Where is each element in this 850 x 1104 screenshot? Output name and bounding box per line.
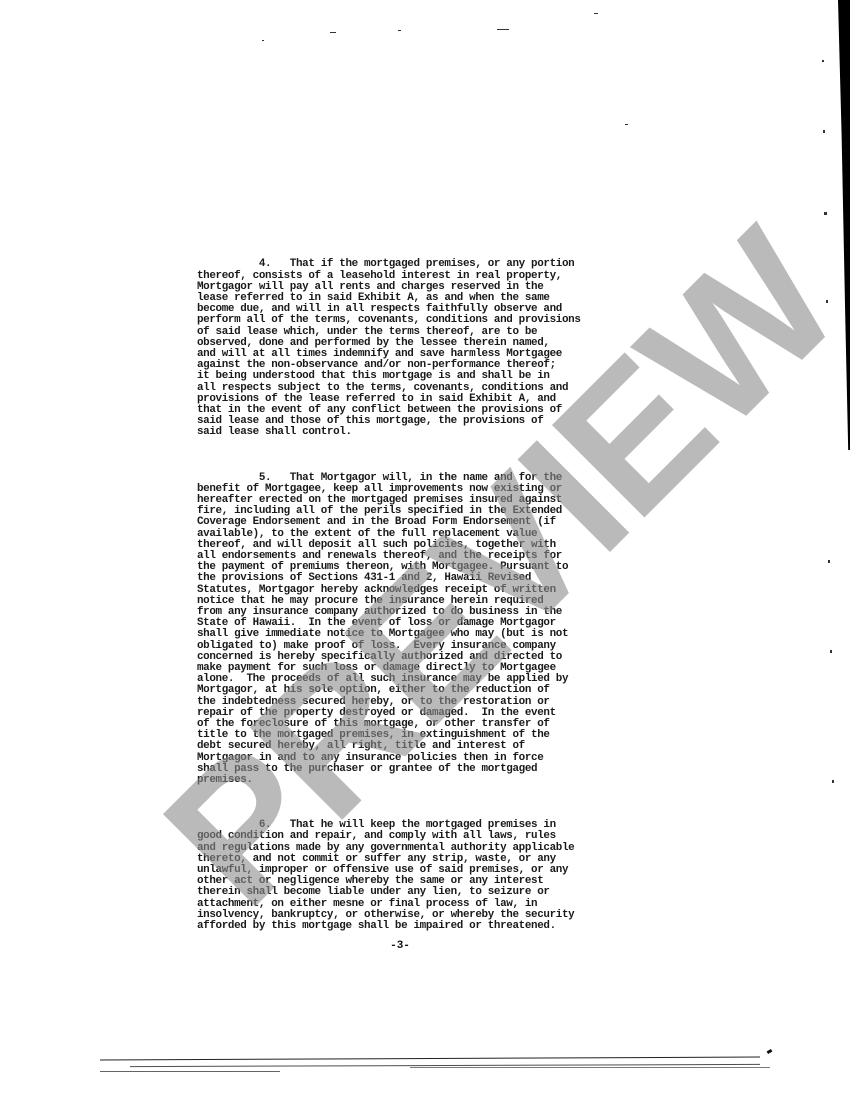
scan-speck — [497, 29, 509, 30]
scan-speck — [828, 560, 830, 563]
scan-speck — [823, 130, 825, 133]
text-line: shall pass to the purchaser or grantee o… — [197, 764, 627, 775]
text-line: the provisions of Sections 431-1 and 2, … — [197, 573, 627, 584]
text-line: debt secured hereby, all right, title an… — [197, 741, 627, 752]
scan-speck — [832, 780, 834, 783]
paragraph-5: 5. That Mortgagor will, in the name and … — [197, 473, 627, 787]
scan-speck — [830, 650, 832, 653]
text-line: Coverage Endorsement and in the Broad Fo… — [197, 517, 627, 528]
text-line: therein shall become liable under any li… — [197, 887, 627, 898]
text-line: Mortgagor, at his sole option, either to… — [197, 685, 627, 696]
text-line: it being understood that this mortgage i… — [197, 371, 627, 382]
scan-edge-border — [838, 0, 850, 450]
paragraph-4: 4. That if the mortgaged premises, or an… — [197, 259, 627, 438]
text-line: said lease shall control. — [197, 427, 627, 438]
document-body: 4. That if the mortgaged premises, or an… — [197, 237, 627, 966]
document-page: 4. That if the mortgaged premises, or an… — [0, 0, 850, 1104]
footer-rule — [100, 1071, 280, 1072]
scan-speck — [594, 13, 598, 14]
scan-speck — [262, 40, 264, 41]
page-number: -3- — [0, 940, 800, 952]
text-line: afforded by this mortgage shall be impai… — [197, 921, 627, 932]
scan-speck — [625, 124, 628, 125]
text-line: 4. That if the mortgaged premises, or an… — [197, 259, 627, 270]
footer-mark — [767, 1049, 773, 1054]
footer-rule — [100, 1057, 760, 1061]
scan-speck — [330, 32, 336, 33]
scan-speck — [822, 60, 824, 62]
text-line: good condition and repair, and comply wi… — [197, 831, 627, 842]
text-line: shall give immediate notice to Mortgagee… — [197, 629, 627, 640]
paragraph-6: 6. That he will keep the mortgaged premi… — [197, 820, 627, 932]
text-line: perform all of the terms, covenants, con… — [197, 315, 627, 326]
scan-speck — [824, 212, 827, 215]
footer-rule — [410, 1067, 770, 1068]
scan-speck — [826, 300, 828, 303]
text-line: premises. — [197, 775, 627, 786]
scan-speck — [398, 30, 401, 31]
